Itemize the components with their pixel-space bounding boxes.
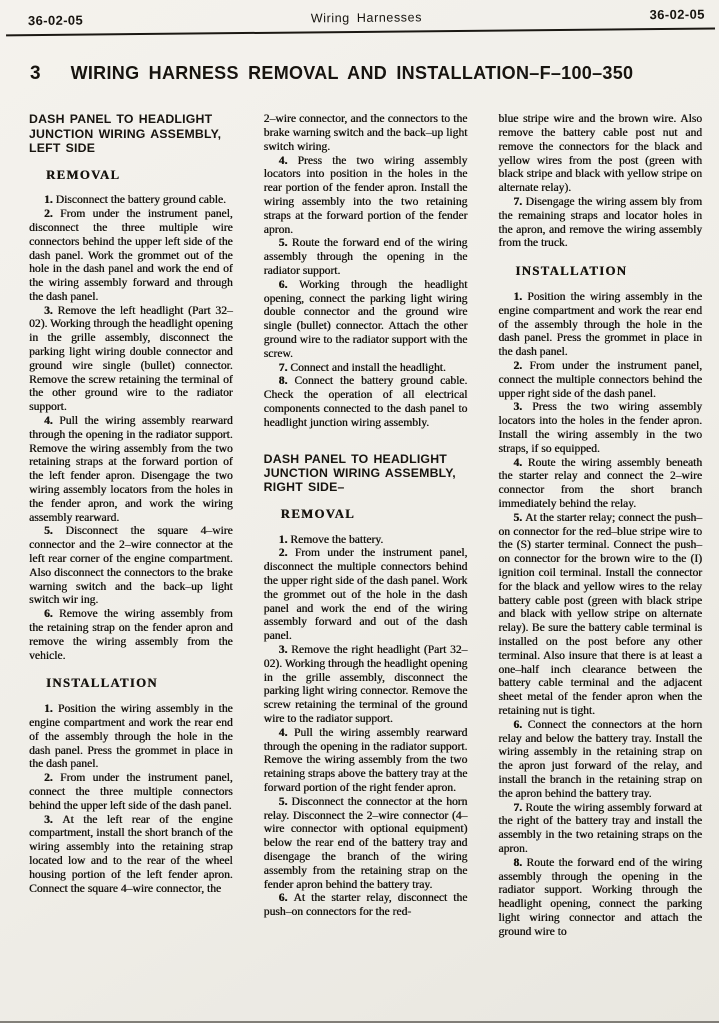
step-number: 2. xyxy=(44,207,60,220)
step-number: 7. xyxy=(513,801,525,814)
numbered-step: 6. Remove the wiring assembly from the r… xyxy=(29,607,233,662)
section-heading: DASH PANEL TO HEADLIGHT JUNCTION WIRING … xyxy=(264,452,468,495)
step-number: 6. xyxy=(513,718,527,731)
numbered-step: 5. Disconnect the connector at the horn … xyxy=(264,795,468,892)
numbered-step: 4. Pull the wiring assembly rearward thr… xyxy=(29,414,233,524)
step-number: 7. xyxy=(279,361,291,374)
step-number: 2. xyxy=(513,359,529,372)
step-number: 1. xyxy=(279,533,291,546)
numbered-step: 7. Disengage the wiring assem bly from t… xyxy=(498,195,702,250)
page-code-right: 36-02-05 xyxy=(650,7,705,23)
step-number: 4. xyxy=(279,726,294,739)
numbered-step: 4. Pull the wiring assembly rearward thr… xyxy=(264,726,468,795)
step-number: 2. xyxy=(44,771,60,784)
step-number: 4. xyxy=(44,414,59,427)
numbered-step: 7. Route the wiring assembly forward at … xyxy=(498,801,702,856)
numbered-step: 8. Route the forward end of the wiring a… xyxy=(498,856,702,939)
step-number: 3. xyxy=(279,643,291,656)
header-rule xyxy=(6,28,715,37)
step-number: 5. xyxy=(279,236,292,249)
numbered-step: 8. Connect the battery ground cable. Che… xyxy=(264,374,468,429)
step-number: 3. xyxy=(513,400,532,413)
numbered-step: 5. At the starter relay; connect the pus… xyxy=(498,511,702,718)
step-number: 4. xyxy=(513,456,527,469)
numbered-step: 6. Connect the connectors at the horn re… xyxy=(498,718,702,801)
step-number: 3. xyxy=(44,304,57,317)
step-number: 1. xyxy=(44,193,56,206)
running-header: 36-02-05 Wiring Harnesses 36-02-05 xyxy=(0,0,719,28)
step-number: 6. xyxy=(279,278,299,291)
step-number: 6. xyxy=(44,607,59,620)
numbered-step: 3. Remove the left headlight (Part 32–02… xyxy=(29,304,233,414)
column-left: DASH PANEL TO HEADLIGHT JUNCTION WIRING … xyxy=(29,112,233,938)
step-number: 6. xyxy=(279,891,294,904)
numbered-step: 5. Route the forward end of the wiring a… xyxy=(264,236,468,277)
step-number: 8. xyxy=(279,374,295,387)
text-columns: DASH PANEL TO HEADLIGHT JUNCTION WIRING … xyxy=(0,85,719,938)
numbered-step: 2. From under the instrument panel, disc… xyxy=(264,546,468,643)
section-number: 3 xyxy=(30,63,41,85)
step-number: 4. xyxy=(279,154,298,167)
step-number: 3. xyxy=(44,813,62,826)
numbered-step: 1. Disconnect the battery ground cable. xyxy=(29,193,233,207)
running-title: Wiring Harnesses xyxy=(83,8,650,27)
subsection-heading: INSTALLATION xyxy=(46,677,233,691)
continued-paragraph: 2–wire connector, and the connectors to … xyxy=(264,112,468,153)
step-number: 1. xyxy=(513,290,527,303)
numbered-step: 4. Route the wiring assembly beneath the… xyxy=(498,456,702,511)
numbered-step: 1. Position the wiring assembly in the e… xyxy=(498,290,702,359)
subsection-heading: INSTALLATION xyxy=(515,265,702,279)
title-row: 3 WIRING HARNESS REMOVAL AND INSTALLATIO… xyxy=(0,36,719,85)
numbered-step: 2. From under the instrument panel, conn… xyxy=(29,771,233,812)
numbered-step: 4. Press the two wiring assembly locator… xyxy=(264,154,468,237)
numbered-step: 6. Working through the headlight opening… xyxy=(264,278,468,361)
manual-page: 36-02-05 Wiring Harnesses 36-02-05 3 WIR… xyxy=(0,0,719,1023)
numbered-step: 5. Disconnect the square 4–wire connecto… xyxy=(29,524,233,607)
page-header: 36-02-05 Wiring Harnesses 36-02-05 xyxy=(0,0,719,37)
step-number: 7. xyxy=(513,195,525,208)
step-number: 5. xyxy=(513,511,525,524)
numbered-step: 2. From under the instrument panel, conn… xyxy=(498,359,702,400)
section-heading: DASH PANEL TO HEADLIGHT JUNCTION WIRING … xyxy=(29,112,233,155)
step-number: 5. xyxy=(44,524,66,537)
continued-paragraph: blue stripe wire and the brown wire. Als… xyxy=(498,112,702,195)
numbered-step: 3. Press the two wiring assembly locator… xyxy=(498,400,702,455)
column-right: blue stripe wire and the brown wire. Als… xyxy=(498,112,702,938)
subsection-heading: REMOVAL xyxy=(281,508,468,522)
step-number: 5. xyxy=(279,795,292,808)
numbered-step: 1. Position the wiring assembly in the e… xyxy=(29,702,233,771)
numbered-step: 3. At the left rear of the engine compar… xyxy=(29,813,233,896)
step-number: 2. xyxy=(279,546,295,559)
step-number: 8. xyxy=(513,856,526,869)
numbered-step: 3. Remove the right headlight (Part 32–0… xyxy=(264,643,468,726)
numbered-step: 7. Connect and install the headlight. xyxy=(264,361,468,375)
subsection-heading: REMOVAL xyxy=(46,169,233,183)
column-middle: 2–wire connector, and the connectors to … xyxy=(264,112,468,938)
numbered-step: 2. From under the instrument panel, disc… xyxy=(29,207,233,304)
page-title: WIRING HARNESS REMOVAL AND INSTALLATION–… xyxy=(71,63,634,84)
numbered-step: 1. Remove the battery. xyxy=(264,533,468,547)
step-number: 1. xyxy=(44,702,58,715)
page-code-left: 36-02-05 xyxy=(28,13,83,29)
numbered-step: 6. At the starter relay, disconnect the … xyxy=(264,891,468,919)
